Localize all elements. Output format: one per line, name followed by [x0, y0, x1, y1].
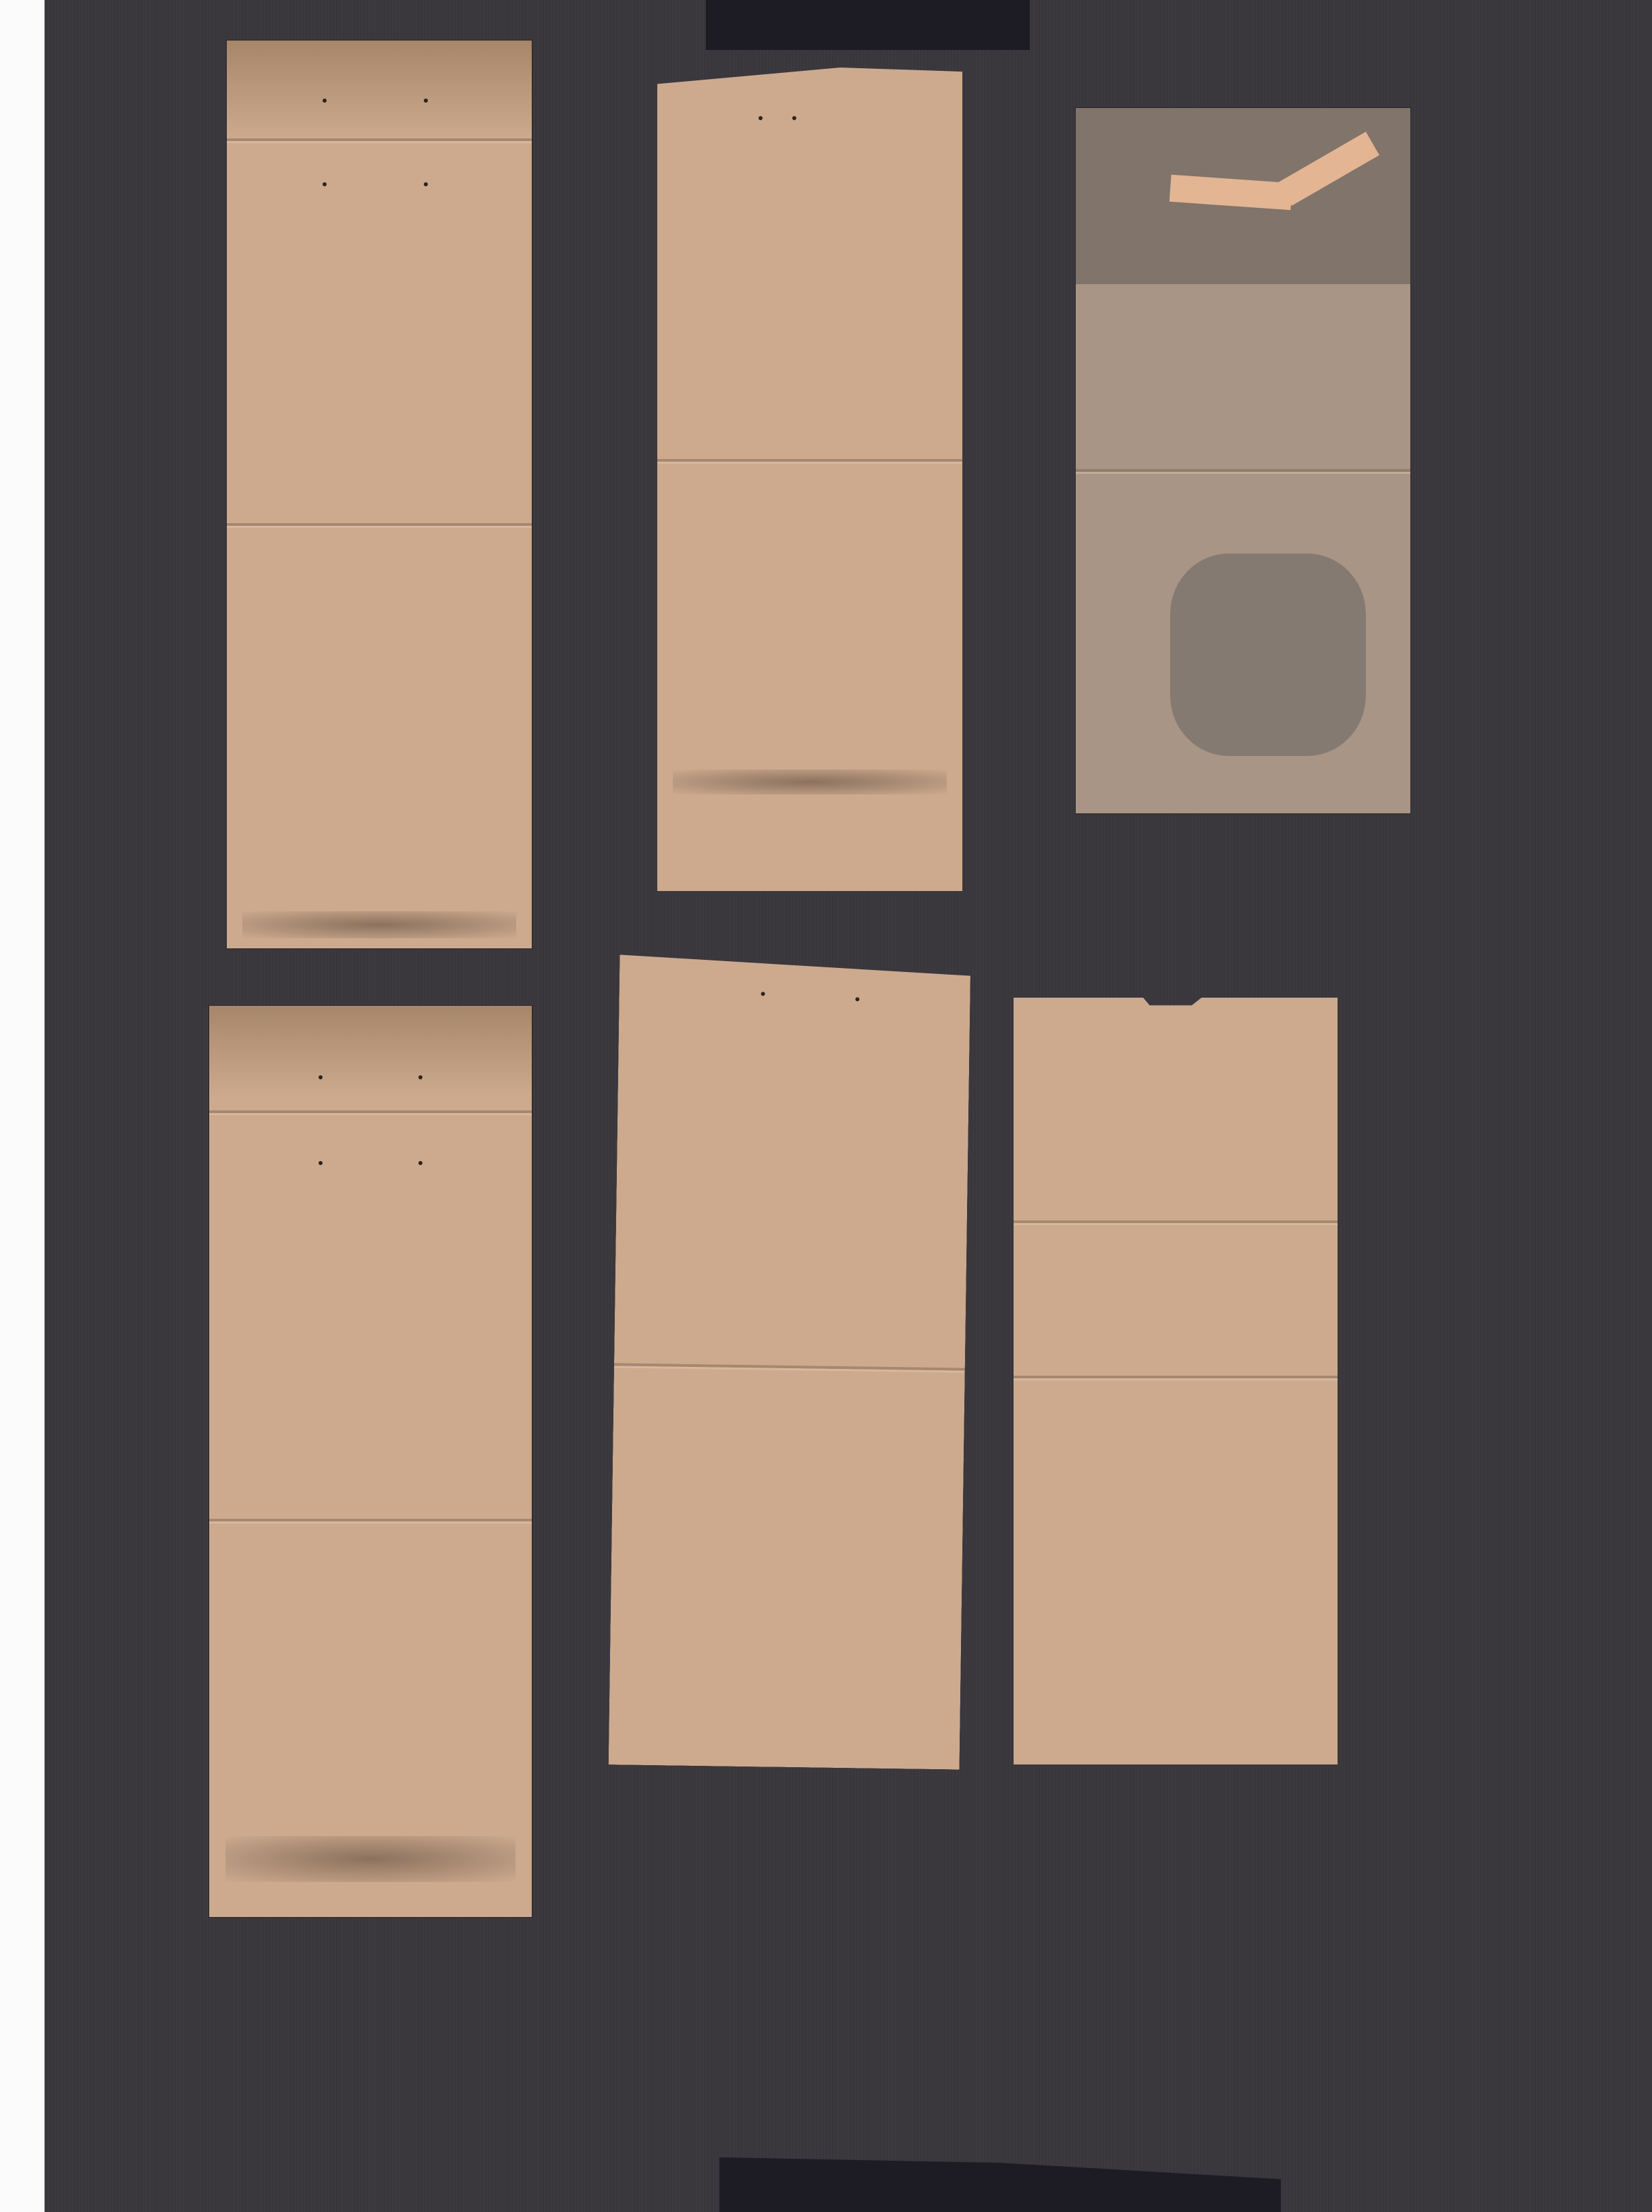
tape-top: [706, 0, 1030, 50]
matchbook-cover-6: [1014, 998, 1338, 1764]
matchbook-cover-4: [209, 1006, 532, 1917]
matchbook-cover-1: [227, 41, 532, 948]
matchbook-cover-2: [657, 68, 962, 891]
matchbook-cover-3: [1076, 108, 1410, 813]
matchbook-cover-5: [609, 954, 971, 1769]
scanner-margin: [0, 0, 45, 2212]
